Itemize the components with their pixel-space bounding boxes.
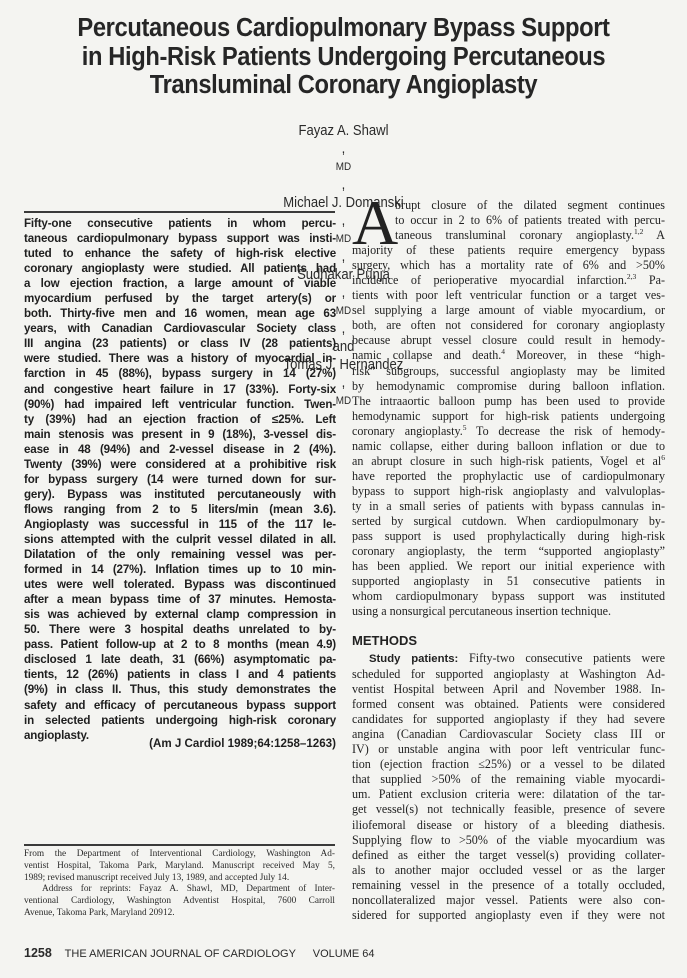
reference-superscript: 6 [661,453,665,462]
text-line: (9%) in class II. Thus, this study demon… [24,682,336,697]
text-line: formed in 14 (27%). Inflation times up t… [24,562,336,577]
text-line: Supplying flow to >50% of the viable myo… [352,833,665,848]
text-line: IV) or unstable angina with poor left ve… [352,742,665,757]
text-line: bypass to support high-risk angioplasty … [352,484,665,499]
article-title: Percutaneous Cardiopulmonary Bypass Supp… [24,14,663,100]
text-line: were studied. There was a history of myo… [24,351,336,366]
footnote-line: From the Department of Interventional Ca… [24,849,335,861]
text-line: serted by surgical cutdown. When cardiop… [352,514,665,529]
text-line: angina (Canadian Cardiovascular Society … [352,727,665,742]
text-line: Fifty-one consecutive patients in whom p… [24,216,336,231]
text-line: coronary angioplasty.5 To decrease the r… [352,424,665,439]
text-line: noncollateralized major vessel. Patients… [352,893,665,908]
reference-superscript: 1,2 [634,227,643,236]
reference-superscript: 2,3 [627,272,636,281]
text-line: iliofemoral disease or history of a blee… [352,818,665,833]
text-line: namic collapse, either during balloon in… [352,439,665,454]
text-line: hemodynamic support for high-risk patien… [352,409,665,424]
text-line: a low ejection fraction, a large amount … [24,276,336,291]
text-line: surgery, which has a mortality rate of 6… [352,258,665,273]
author-name: Fayaz A. Shawl [34,122,652,140]
text-line: III angina (23 patients) or class IV (28… [24,336,336,351]
affiliation-footnote: From the Department of Interventional Ca… [24,849,335,920]
footnote-line: 1989; revised manuscript received July 1… [24,873,335,885]
text-line: majority of these patients require emerg… [352,243,665,258]
volume-number: VOLUME 64 [313,948,375,960]
text-line: both, are often not considered for coron… [352,318,665,333]
text-line: supported angioplasty in 51 consecutive … [352,574,665,589]
text-line: to occur in 2 to 6% of patients treated … [352,213,665,228]
text-line: brupt closure of the dilated segment con… [352,198,665,213]
methods-first-line: Study patients: Fifty-two consecutive pa… [352,651,665,667]
title-line: Transluminal Coronary Angioplasty [24,71,663,100]
text-line: has been applied. We report our initial … [352,559,665,574]
text-line: remaining vessel in the presence of a to… [352,878,665,893]
text-line: years, with Canadian Cardiovascular Soci… [24,321,336,336]
text-line: for bypass surgery (14 were turned down … [24,472,336,487]
text-line: tion (ejection fraction ≤25%) or a vesse… [352,757,665,772]
text-line: ty in a small series of patients with by… [352,499,665,514]
text-line: als to another major occluded vessel or … [352,863,665,878]
text-line: coronary angioplasty, the term “supporte… [352,544,665,559]
page-footer: 1258 THE AMERICAN JOURNAL OF CARDIOLOGY … [24,946,375,960]
text-line: whom cardiopulmonary bypass support was … [352,589,665,604]
text-line: both. Thirty-five men and 16 women, mean… [24,306,336,321]
text-line: gery). Bypass was instituted percutaneou… [24,487,336,502]
text-line: Angioplasty was successful in 115 of the… [24,517,336,532]
text-line: safety and efficacy of percutaneous bypa… [24,698,336,713]
text-line: disclosed 1 late death, 31 (66%) asympto… [24,652,336,667]
text-line: flows ranging from 2 to 5 liters/min (me… [24,502,336,517]
text-line: Dilatation of the only remaining vessel … [24,547,336,562]
abstract-top-rule [24,211,335,213]
text-line: pass support is used prophylactically du… [352,529,665,544]
text-line: get vessel(s) not technically feasible, … [352,802,665,817]
text-line: sidered for supported angioplasty even i… [352,908,665,923]
text-line: risk” subgroups, successful angioplasty … [352,364,665,379]
text-line: (90%) had impaired left ventricular func… [24,397,336,412]
text-line: formed consent was obtained. Patients we… [352,697,665,712]
text-line: sis was achieved by external clamp compr… [24,607,336,622]
text-line: tients, 12 (26%) patients in class I and… [24,667,336,682]
text-line: and congestive heart failure in 17 (33%)… [24,382,336,397]
footnote-line: ventist Hospital, Takoma Park, Maryland.… [24,861,335,873]
methods-heading: METHODS [352,633,417,648]
page-number: 1258 [24,946,52,960]
text-line: ty (39%) had an ejection fraction of ≤25… [24,412,336,427]
text-line: sions attempted with the culprit vessel … [24,532,336,547]
text-line: coronary angioplasty were studied. All p… [24,261,336,276]
text-line: that supplied >50% of the remaining viab… [352,772,665,787]
text-line: ventist Hospital between April and Novem… [352,682,665,697]
text-line: myocardium perfused by the target artery… [24,291,336,306]
journal-name: THE AMERICAN JOURNAL OF CARDIOLOGY [65,948,296,960]
text-line: in selected patients undergoing high-ris… [24,713,336,728]
text-line: The intraaortic balloon pump has been us… [352,394,665,409]
text-line: main stenosis was present in 9 (18%), 3-… [24,427,336,442]
text-line: namic collapse and death.4 Moreover, in … [352,348,665,363]
abstract: Fifty-one consecutive patients in whom p… [24,216,336,743]
text-line: scheduled for supported angioplasty at W… [352,667,665,682]
text-line: tients with poor left ventricular functi… [352,288,665,303]
subheading-study-patients: Study patients: [369,653,458,665]
footnote-line: Avenue, Takoma Park, Maryland 20912. [24,908,335,920]
text-line: um. Patient exclusion criteria were: dil… [352,787,665,802]
text-line: have reported the prophylactic use of ca… [352,469,665,484]
text-line: an abrupt closure in such high-risk pati… [352,454,665,469]
text-line: ease in 48 (94%) and 2-vessel disease in… [24,442,336,457]
title-line: in High-Risk Patients Undergoing Percuta… [24,43,663,72]
text-line: candidates for supported angioplasty if … [352,712,665,727]
title-line: Percutaneous Cardiopulmonary Bypass Supp… [24,14,663,43]
text-line: because abrupt vessel closure could resu… [352,333,665,348]
introduction-text: brupt closure of the dilated segment con… [352,198,665,619]
text-line: sel supplying a large amount of viable m… [352,303,665,318]
text-line: taneous cardiopulmonary bypass support w… [24,231,336,246]
text-line: farction in 45 (88%), bypass surgery in … [24,366,336,381]
footnote-line: Address for reprints: Fayaz A. Shawl, MD… [24,884,335,896]
journal-citation: (Am J Cardiol 1989;64:1258–1263) [110,737,336,750]
text-line: by hemodynamic compromise during balloon… [352,379,665,394]
text-line: utes were well tolerated. Bypass was dis… [24,577,336,592]
text-line: incidence of perioperative myocardial in… [352,273,665,288]
text-line: pass. Patient follow-up at 2 to 8 months… [24,637,336,652]
footnote-line: ventional Cardiology, Washington Adventi… [24,896,335,908]
text-line: taneous transluminal coronary angioplast… [352,228,665,243]
author-degree: MD [34,158,652,176]
text-line: after a mean bypass time of 37 minutes. … [24,592,336,607]
text-line: tuted to enhance the safety of high-risk… [24,246,336,261]
text-line: Twenty (39%) were considered at a prohib… [24,457,336,472]
text-line: using a nonsurgical percutaneous inserti… [352,604,665,619]
text-line: 50. There were 3 hospital deaths unrelat… [24,622,336,637]
methods-text: Study patients: Fifty-two consecutive pa… [352,651,665,923]
footnote-rule [24,844,335,846]
text-line: defined as either the target vessel(s) p… [352,848,665,863]
